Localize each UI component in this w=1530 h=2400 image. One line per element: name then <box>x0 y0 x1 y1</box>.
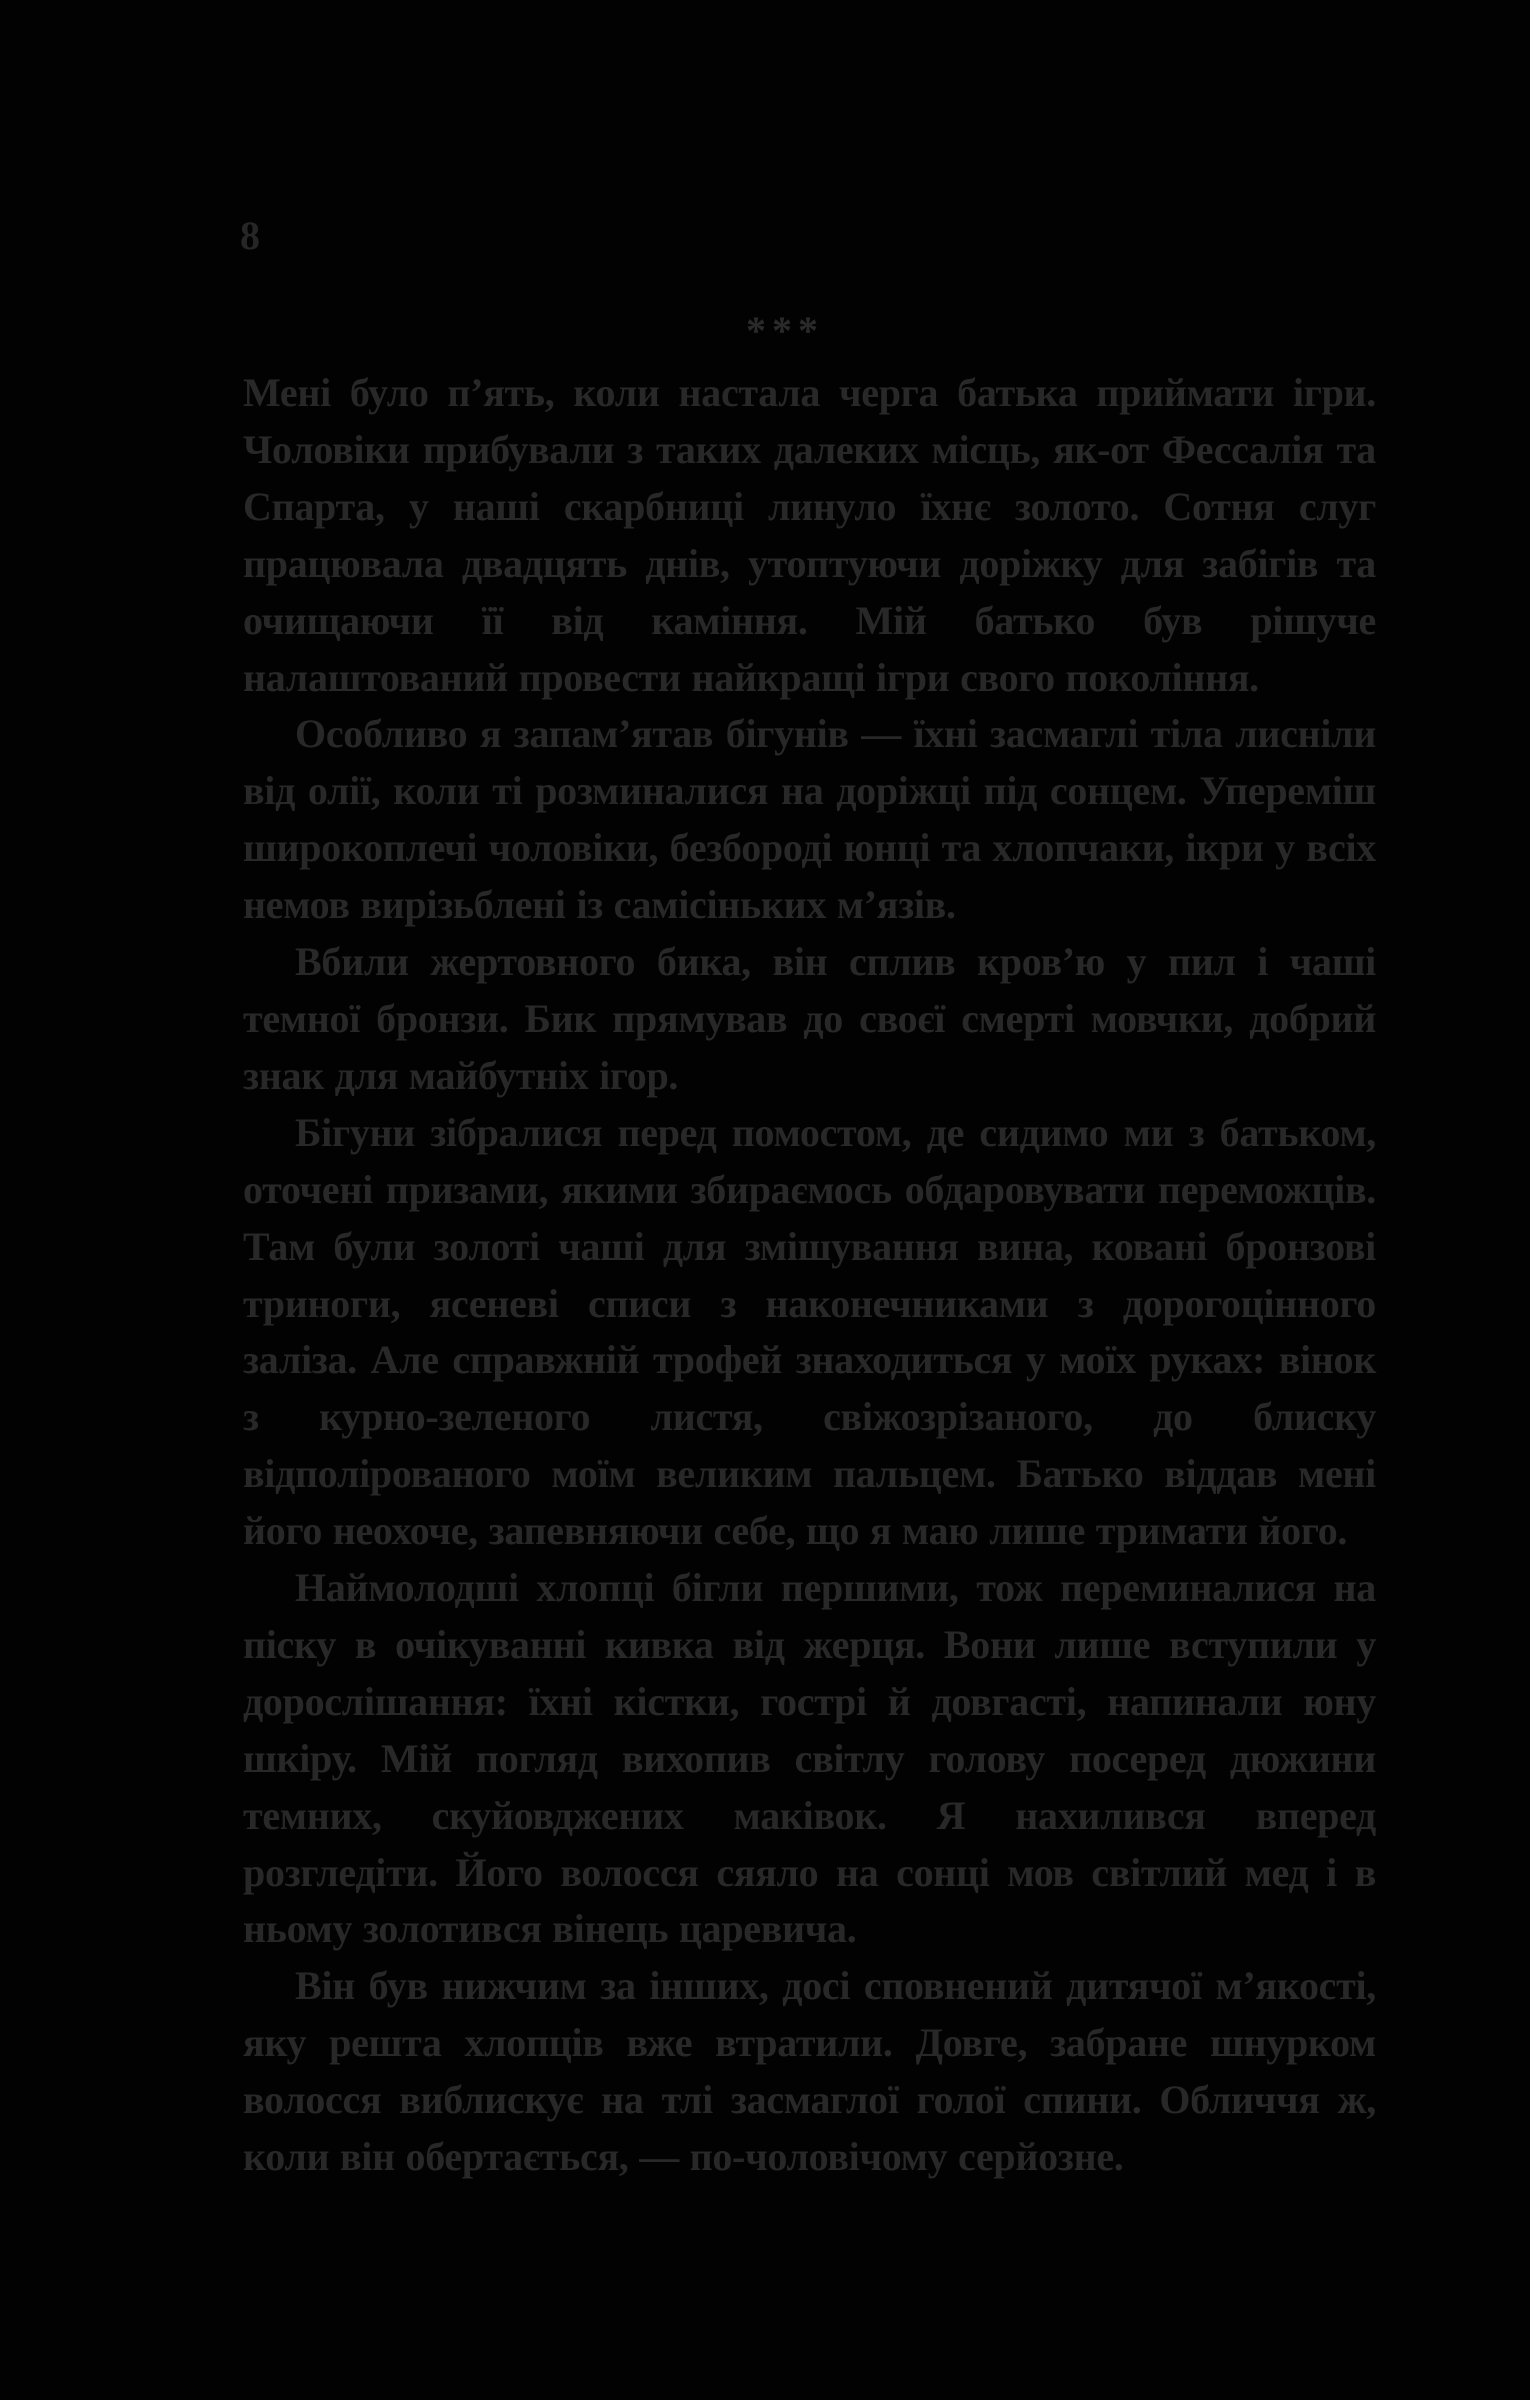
book-page: 8 *** Мені було п’ять, коли настала черг… <box>0 0 1530 2400</box>
paragraph-2: Особливо я запам’ятав бігунів — їхні зас… <box>243 706 1376 934</box>
paragraph-4: Бігуни зібралися перед помостом, де сиди… <box>243 1105 1376 1560</box>
paragraph-1: Мені було п’ять, коли настала черга бать… <box>243 365 1376 706</box>
section-separator: *** <box>0 306 1530 356</box>
page-body: Мені було п’ять, коли настала черга бать… <box>243 365 1376 2186</box>
paragraph-5: Наймолодші хлопці бігли першими, тож пер… <box>243 1560 1376 1958</box>
paragraph-3: Вбили жертовного бика, він сплив кров’ю … <box>243 934 1376 1105</box>
page-number: 8 <box>240 214 260 258</box>
paragraph-6: Він був нижчим за інших, досі сповнений … <box>243 1958 1376 2186</box>
